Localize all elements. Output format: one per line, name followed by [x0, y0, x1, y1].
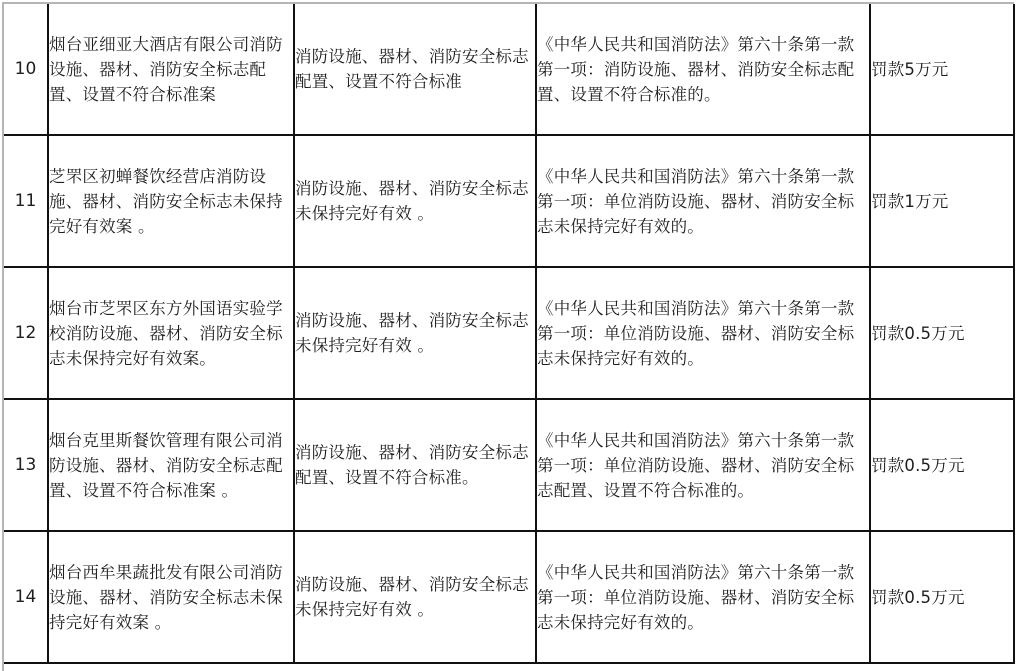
penalty-cell: 罚款5万元 [870, 4, 1014, 135]
violation-fact-cell: 消防设施、器材、消防安全标志未保持完好有效 。 [294, 267, 536, 399]
penalty: 罚款0.5万元 [871, 453, 1013, 478]
violation-fact-cell: 消防设施、器材、消防安全标志配置、设置不符合标准 [294, 4, 536, 135]
legal-basis-cell: 《中华人民共和国消防法》第六十条第一款第一项：单位消防设施、器材、消防安全标志未… [536, 267, 870, 399]
violation-fact: 消防设施、器材、消防安全标志未保持完好有效 。 [295, 308, 535, 358]
legal-basis: 《中华人民共和国消防法》第六十条第一款第一项：单位消防设施、器材、消防安全标志未… [537, 560, 869, 635]
table-row: 11 芝罘区初蝉餐饮经营店消防设施、器材、消防安全标志未保持完好有效案 。 消防… [4, 135, 1014, 267]
violation-fact-cell: 消防设施、器材、消防安全标志配置、设置不符合标准。 [294, 399, 536, 531]
case-name: 烟台克里斯餐饮管理有限公司消防设施、器材、消防安全标志配置、设置不符合标准案 。 [49, 428, 293, 503]
penalty-cell: 罚款0.5万元 [870, 399, 1014, 531]
case-name: 烟台亚细亚大酒店有限公司消防设施、器材、消防安全标志配置、设置不符合标准案 [49, 32, 293, 107]
legal-basis: 《中华人民共和国消防法》第六十条第一款第一项：消防设施、器材、消防安全标志配置、… [537, 32, 869, 107]
table-row: 14 烟台西牟果蔬批发有限公司消防设施、器材、消防安全标志未保持完好有效案 。 … [4, 531, 1014, 663]
document-page: 10 烟台亚细亚大酒店有限公司消防设施、器材、消防安全标志配置、设置不符合标准案… [0, 0, 1018, 671]
penalty: 罚款5万元 [871, 57, 1013, 82]
violation-fact: 消防设施、器材、消防安全标志配置、设置不符合标准。 [295, 440, 535, 490]
legal-basis-cell: 《中华人民共和国消防法》第六十条第一款第一项：单位消防设施、器材、消防安全标志未… [536, 135, 870, 267]
penalty-cell: 罚款0.5万元 [870, 531, 1014, 663]
table-row: 10 烟台亚细亚大酒店有限公司消防设施、器材、消防安全标志配置、设置不符合标准案… [4, 4, 1014, 135]
penalty: 罚款0.5万元 [871, 321, 1013, 346]
penalty: 罚款0.5万元 [871, 585, 1013, 610]
case-name-cell: 烟台克里斯餐饮管理有限公司消防设施、器材、消防安全标志配置、设置不符合标准案 。 [48, 399, 294, 531]
table-row: 13 烟台克里斯餐饮管理有限公司消防设施、器材、消防安全标志配置、设置不符合标准… [4, 399, 1014, 531]
violation-fact-cell: 消防设施、器材、消防安全标志未保持完好有效 。 [294, 135, 536, 267]
case-name-cell: 芝罘区初蝉餐饮经营店消防设施、器材、消防安全标志未保持完好有效案 。 [48, 135, 294, 267]
case-name: 烟台西牟果蔬批发有限公司消防设施、器材、消防安全标志未保持完好有效案 。 [49, 560, 293, 635]
legal-basis-cell: 《中华人民共和国消防法》第六十条第一款第一项：单位消防设施、器材、消防安全标志配… [536, 399, 870, 531]
case-name-cell: 烟台西牟果蔬批发有限公司消防设施、器材、消防安全标志未保持完好有效案 。 [48, 531, 294, 663]
row-number: 11 [4, 135, 48, 267]
penalty-cell: 罚款1万元 [870, 135, 1014, 267]
legal-basis-cell: 《中华人民共和国消防法》第六十条第一款第一项：消防设施、器材、消防安全标志配置、… [536, 4, 870, 135]
penalty: 罚款1万元 [871, 189, 1013, 214]
penalty-cell: 罚款0.5万元 [870, 267, 1014, 399]
violation-fact-cell: 消防设施、器材、消防安全标志未保持完好有效 。 [294, 531, 536, 663]
row-number: 10 [4, 4, 48, 135]
legal-basis: 《中华人民共和国消防法》第六十条第一款第一项：单位消防设施、器材、消防安全标志配… [537, 428, 869, 503]
case-name: 烟台市芝罘区东方外国语实验学校消防设施、器材、消防安全标志未保持完好有效案。 [49, 296, 293, 371]
case-name: 芝罘区初蝉餐饮经营店消防设施、器材、消防安全标志未保持完好有效案 。 [49, 164, 293, 239]
case-name-cell: 烟台亚细亚大酒店有限公司消防设施、器材、消防安全标志配置、设置不符合标准案 [48, 4, 294, 135]
row-number: 14 [4, 531, 48, 663]
violation-fact: 消防设施、器材、消防安全标志配置、设置不符合标准 [295, 44, 535, 94]
penalty-table: 10 烟台亚细亚大酒店有限公司消防设施、器材、消防安全标志配置、设置不符合标准案… [4, 4, 1015, 664]
legal-basis: 《中华人民共和国消防法》第六十条第一款第一项：单位消防设施、器材、消防安全标志未… [537, 296, 869, 371]
legal-basis: 《中华人民共和国消防法》第六十条第一款第一项：单位消防设施、器材、消防安全标志未… [537, 164, 869, 239]
table-row: 12 烟台市芝罘区东方外国语实验学校消防设施、器材、消防安全标志未保持完好有效案… [4, 267, 1014, 399]
case-name-cell: 烟台市芝罘区东方外国语实验学校消防设施、器材、消防安全标志未保持完好有效案。 [48, 267, 294, 399]
violation-fact: 消防设施、器材、消防安全标志未保持完好有效 。 [295, 176, 535, 226]
row-number: 13 [4, 399, 48, 531]
row-number: 12 [4, 267, 48, 399]
legal-basis-cell: 《中华人民共和国消防法》第六十条第一款第一项：单位消防设施、器材、消防安全标志未… [536, 531, 870, 663]
violation-fact: 消防设施、器材、消防安全标志未保持完好有效 。 [295, 572, 535, 622]
